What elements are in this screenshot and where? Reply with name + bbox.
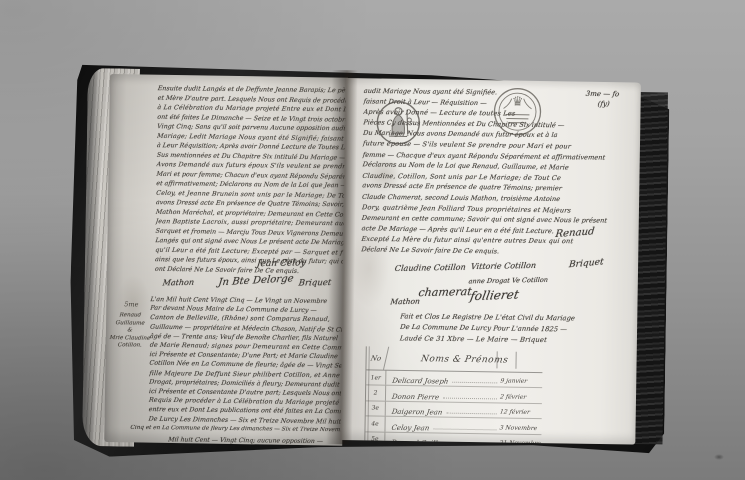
dotted-leader [446, 412, 496, 415]
table-cell-no: 1er [366, 370, 386, 385]
dotted-leader [452, 381, 497, 384]
signature-jean-celoy: Jean Celoy [256, 258, 306, 269]
signature-vittorie-cotillon: Vittorie Cotillon [470, 261, 536, 271]
handwriting-line: Renaud [108, 312, 153, 320]
crown-stamp-icon: ♛ [491, 86, 544, 141]
left-page: Ensuite dudit Langés et de Deffunte Jean… [104, 74, 348, 446]
signature-briquet-left: Briquet [298, 278, 332, 289]
svg-text:♛: ♛ [512, 95, 524, 110]
table-cell-no: 2 [366, 386, 386, 401]
table-cell-date: 2 février [499, 393, 542, 403]
dotted-leader [443, 396, 497, 399]
background-speck [714, 454, 724, 460]
table-cell-name: Delicard Joseph [386, 377, 449, 386]
table-cell-date: 12 février [499, 409, 542, 419]
signature-mathon-right: Mathon [390, 297, 421, 307]
signature-mathon-left: Mathon [162, 278, 195, 288]
handwriting-line: Laudé Ce 31 Xbre — Le Maire — Briquet [399, 333, 630, 347]
act5-text-block: L'an Mil huit Cent Vingt Cinq — Le Vingt… [149, 295, 343, 427]
table-cell-name: Donon Pierre [385, 392, 439, 401]
table-cell-name: Daigeron Jean [385, 408, 443, 417]
signature-claudine-cotillon: Claudine Cotillon [394, 263, 466, 273]
table-body: 1erDelicard Joseph9 janvier2Donon Pierre… [365, 370, 542, 444]
figure-stamp-icon [375, 98, 422, 151]
table-cell-no: 4e [365, 417, 385, 432]
dotted-leader [433, 427, 496, 430]
record-number: 5me [110, 300, 152, 309]
table-cell-name: Celoy Jean [385, 423, 430, 432]
act4-text-block: Ensuite dudit Langés et de Deffunte Jean… [155, 84, 346, 277]
table-cell-date: 3 Novembre [499, 424, 542, 434]
table-no-column-header: No [364, 346, 389, 369]
table-cell-no: 3e [366, 401, 386, 416]
register-closing-block: Fait et Clos Le Registre De L'état Civil… [400, 311, 630, 348]
table-header-row: No Noms & Prénoms [366, 346, 542, 373]
signature-delorge: Jn Bte Delorge [218, 273, 295, 288]
handwriting-line: Cotillon. [107, 342, 152, 350]
margin-note-names: RenaudGuillaume&Mrie ClaudineCotillon. [108, 312, 153, 351]
right-page: 3me — fo (fy) audit Mariage Nous ayant é… [340, 78, 641, 445]
margin-record-number: 5me [110, 300, 152, 309]
table-date-column-rules [496, 351, 516, 368]
signature-briquet-right: Briquet [568, 257, 604, 270]
photograph-of-open-register: Ensuite dudit Langés et de Deffunte Jean… [0, 0, 745, 480]
signature-follieret: follieret [469, 288, 520, 304]
marriage-index-table: No Noms & Prénoms 1erDelicard Joseph9 ja… [364, 346, 542, 444]
table-cell-date: 9 janvier [500, 378, 543, 388]
handwriting-line: Cinq et en La Commune de fleury Les dima… [130, 425, 341, 433]
signature-chamerat: chamerat [418, 285, 473, 299]
table-title: Noms & Prénoms [386, 353, 544, 365]
signature-anne-drogat: anne Drogat Ve Cotillon [468, 276, 548, 285]
